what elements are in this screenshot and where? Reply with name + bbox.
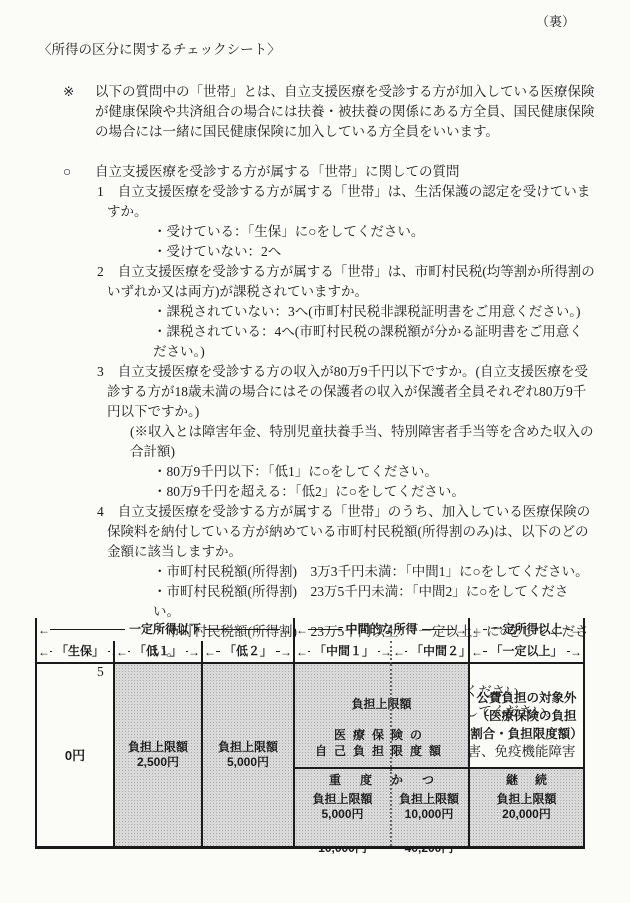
col-header-middle2: ←「中間２」→ — [390, 641, 468, 664]
col-header-middle1: ←「中間１」→ — [293, 641, 390, 664]
cell-severe-teijo-cap: 負担上限額 20,000円 — [468, 792, 583, 846]
cell-seiho-amount: 0円 — [35, 664, 113, 849]
dotted-divider — [390, 664, 392, 767]
question-1: 1自立支援医療を受診する方が属する「世帯」は、生活保護の認定を受けていますか。 — [97, 182, 595, 222]
arrow-left-icon: ← — [204, 646, 216, 658]
question-1-option: ・受けている：「生保」に○をしてください。 — [153, 222, 595, 242]
question-4-option: ・市町村民税額(所得割) 23万5千円未満：「中間2」に○をしてください。 — [153, 582, 595, 622]
col-header-teijo: ←「一定以上」→ — [468, 641, 585, 664]
income-table: ←一定所得以下→ ←中間的な所得→ ←一定所得以上→ ←「生保」→ ←「低１」→… — [35, 618, 585, 849]
question-3-text: 自立支援医療を受診する方の収入が80万9千円以下ですか。(自立支援医療を受診する… — [107, 364, 588, 419]
col-header-label: 「一定以上」 — [487, 644, 567, 659]
section-severe-continuous: 重度かつ 継続 負担上限額 5,000円 負担上限額 10,000円 負担上限額… — [293, 767, 585, 849]
arrow-right-icon: → — [380, 646, 390, 658]
section-heading-text: 自立支援医療を受診する方が属する「世帯」に関しての質問 — [95, 164, 460, 179]
cell-severe-middle2-cap: 負担上限額 10,000円 — [390, 792, 468, 846]
col-header-label: 「中間１」 — [310, 644, 378, 659]
col-header-label: 「低１」 — [130, 644, 186, 659]
arrow-right-icon: → — [280, 624, 292, 636]
arrow-left-icon: ← — [471, 624, 483, 636]
arrow-right-icon: → — [455, 624, 467, 636]
group-header-label: 一定所得以上 — [487, 622, 567, 637]
seiho-amount: 0円 — [65, 748, 85, 763]
question-4: 4自立支援医療を受診する方が属する「世帯」のうち、加入している医療保険の保険料を… — [97, 502, 595, 562]
question-4-number: 4 — [97, 504, 104, 519]
page-side-label: （裏） — [35, 12, 595, 32]
question-3-option: ・80万9千円を超える：「低2」に○をしてください。 — [153, 482, 595, 502]
arrow-right-icon: → — [280, 646, 292, 658]
severe-label: 重度かつ — [295, 769, 468, 792]
intro-text: 以下の質問中の「世帯」とは、自立支援医療を受診する方が加入している医療保険が健康… — [95, 84, 595, 139]
question-3-number: 3 — [97, 364, 104, 379]
intro-note: ※以下の質問中の「世帯」とは、自立支援医療を受診する方が加入している医療保険が健… — [63, 82, 595, 142]
question-3-note: (※収入とは障害年金、特別児童扶養手当、特別障害者手当等を含めた収入の合計額) — [130, 422, 595, 462]
public-funds-text: 公費負担の対象外 （医療保険の負担 割合・負担限度額） — [470, 689, 583, 743]
continue-label: 継続 — [468, 769, 583, 792]
arrow-left-icon: ← — [38, 624, 50, 636]
question-2-number: 2 — [97, 264, 104, 279]
group-header-middle-income: ←中間的な所得→ — [293, 618, 468, 641]
cell-severe-middle1-cap: 負担上限額 5,000円 — [295, 792, 390, 846]
cell-public-funds-excluded: 公費負担の対象外 （医療保険の負担 割合・負担限度額） — [468, 664, 585, 767]
question-3-option: ・80万9千円以下：「低1」に○をしてください。 — [153, 462, 595, 482]
page-title: 〈所得の区分に関するチェックシート〉 — [38, 40, 595, 60]
col-header-low2: ←「低２」→ — [201, 641, 293, 664]
question-2-text: 自立支援医療を受診する方が属する「世帯」は、市町村民税(均等割か所得割のいずれか… — [107, 264, 595, 299]
arrow-left-icon: ← — [38, 646, 50, 658]
col-header-label: 「低２」 — [220, 644, 276, 659]
question-2-option: ・課税されている：4へ(市町村民税の課税額が分かる証明書をご用意ください。) — [153, 322, 595, 362]
question-2: 2自立支援医療を受診する方が属する「世帯」は、市町村民税(均等割か所得割のいずれ… — [97, 262, 595, 302]
cell-low2-cap: 負担上限額 5,000円 — [201, 664, 293, 849]
col-header-label: 「生保」 — [52, 644, 108, 659]
question-4-option: ・市町村民税額(所得割) 3万3千円未満：「中間1」に○をしてください。 — [153, 562, 595, 582]
question-3: 3自立支援医療を受診する方の収入が80万9千円以下ですか。(自立支援医療を受診す… — [97, 362, 595, 422]
col-header-low1: ←「低１」→ — [113, 641, 201, 664]
arrow-left-icon: ← — [471, 646, 483, 658]
question-1-text: 自立支援医療を受診する方が属する「世帯」は、生活保護の認定を受けていますか。 — [107, 184, 590, 219]
arrow-left-icon: ← — [116, 646, 128, 658]
arrow-left-icon: ← — [296, 624, 308, 636]
group-header-high-income: ←一定所得以上→ — [468, 618, 585, 641]
arrow-right-icon: → — [570, 646, 582, 658]
cell-low1-cap: 負担上限額 2,500円 — [113, 664, 201, 849]
question-1-option: ・受けていない：2へ — [153, 242, 595, 262]
question-1-number: 1 — [97, 184, 104, 199]
group-header-label: 一定所得以下 — [125, 622, 205, 637]
middle-insurance-label: 医療保険の 自己負担限度額 — [295, 727, 468, 759]
question-4-text: 自立支援医療を受診する方が属する「世帯」のうち、加入している医療保険の保険料を納… — [107, 504, 590, 559]
group-header-label: 中間的な所得 — [342, 622, 422, 637]
arrow-left-icon: ← — [296, 646, 308, 658]
arrow-right-icon: → — [188, 646, 200, 658]
arrow-left-icon: ← — [393, 646, 405, 658]
col-header-label: 「中間２」 — [407, 644, 468, 659]
arrow-right-icon: → — [570, 624, 582, 636]
cell-middle-upper: 負担上限額 医療保険の 自己負担限度額 育成医療の経過措置 負担上限額 10,0… — [293, 664, 468, 767]
middle-cap-label: 負担上限額 — [295, 694, 468, 712]
document-page: （裏） 〈所得の区分に関するチェックシート〉 ※以下の質問中の「世帯」とは、自立… — [0, 0, 630, 903]
section-marker: ○ — [63, 162, 95, 182]
col-header-seiho: ←「生保」→ — [35, 641, 113, 664]
group-header-low-income: ←一定所得以下→ — [35, 618, 293, 641]
question-2-option: ・課税されていない：3へ(市町村民税非課税証明書をご用意ください。) — [153, 302, 595, 322]
dotted-divider — [390, 769, 392, 846]
section-heading: ○自立支援医療を受診する方が属する「世帯」に関しての質問 — [63, 162, 595, 182]
intro-marker: ※ — [63, 82, 95, 102]
